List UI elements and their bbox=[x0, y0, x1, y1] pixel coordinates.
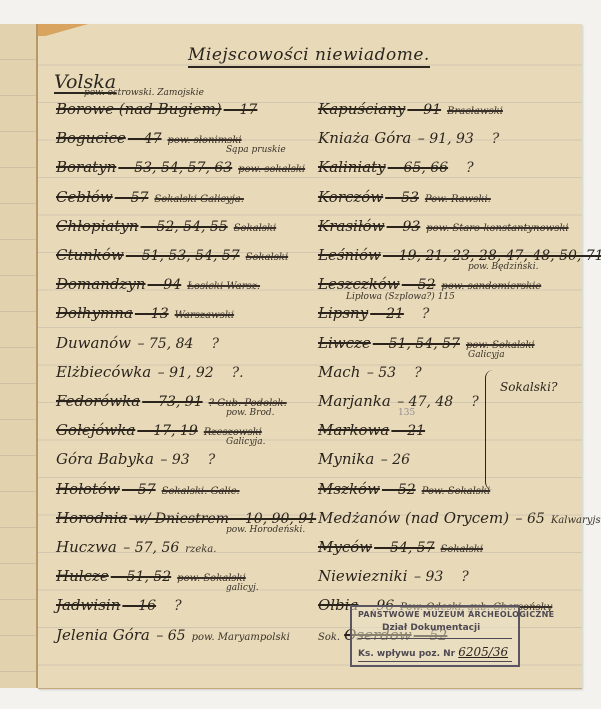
page-references: – 65 bbox=[511, 511, 545, 527]
stamp-institution: PAŃSTWOWE MUZEUM ARCHEOLOGICZNE bbox=[358, 610, 554, 619]
entry-sub-note: Galicyja bbox=[468, 350, 505, 360]
place-name: Góra Babyka bbox=[56, 450, 154, 468]
place-entry: Kaliniaty – 65, 66? bbox=[318, 158, 474, 176]
stamp-accession-number: 6205/36 bbox=[458, 645, 508, 659]
entry-sub-note: pow. Brod. bbox=[226, 408, 275, 418]
place-name: Myców bbox=[318, 538, 372, 556]
place-entry: Mach – 53? bbox=[318, 363, 422, 381]
entry-note: Sokalski bbox=[234, 223, 276, 234]
page-references: – 53 bbox=[385, 190, 419, 206]
place-entry: Elżbiecówka – 91, 92?. bbox=[56, 363, 244, 381]
place-name: Elżbiecówka bbox=[56, 363, 151, 381]
entry-note: pow. Maryampolski bbox=[192, 632, 290, 643]
place-name: Borowe (nad Bugiem) bbox=[56, 100, 222, 118]
page-references: – 57, 56 bbox=[119, 540, 179, 556]
entry-note: ? bbox=[174, 598, 182, 614]
page-references: – 53 bbox=[362, 365, 396, 381]
page-references: – 51, 53, 54, 57 bbox=[126, 248, 240, 264]
entry-note: ?. bbox=[232, 365, 244, 381]
place-name: Mach bbox=[318, 363, 360, 381]
place-entry: Mszków – 52Pow. Sokalski bbox=[318, 480, 490, 498]
place-name: Kapuściany bbox=[318, 100, 405, 118]
place-name: Mszków bbox=[318, 480, 380, 498]
place-name: Boratyn bbox=[56, 158, 116, 176]
place-entry: Mynika – 26 bbox=[318, 450, 410, 468]
place-name: Fedorówka bbox=[56, 392, 140, 410]
page-references: – 52 bbox=[402, 277, 436, 293]
place-name: Niewiezniki bbox=[318, 567, 408, 585]
place-name: Cebłów bbox=[56, 188, 113, 206]
stamp-accession: Ks. wpływu poz. Nr 6205/36 bbox=[358, 645, 508, 659]
page-references: – 52, 54, 55 bbox=[141, 219, 228, 235]
stamp-department: Dział Dokumentacji bbox=[382, 623, 480, 633]
place-entry: Chłopiatyn – 52, 54, 55Sokalski bbox=[56, 217, 276, 235]
entry-note: Sokalski bbox=[441, 544, 483, 555]
place-name: Leśniów bbox=[318, 246, 381, 264]
entry-note: ? bbox=[461, 569, 469, 585]
place-entry: Dołhymna – 13Warszawski bbox=[56, 304, 234, 322]
place-entry: Markowa – 21 bbox=[318, 421, 425, 439]
entry-note: Sokalski bbox=[246, 252, 288, 263]
place-entry: Medżanów (nad Orycem) – 65Kalwaryjsk. bbox=[318, 509, 601, 527]
entry-note: ? bbox=[422, 306, 430, 322]
place-entry: Myców – 54, 57Sokalski bbox=[318, 538, 483, 556]
entry-note: Sokalski. Galic. bbox=[162, 486, 240, 497]
page-references: – 47 bbox=[128, 131, 162, 147]
entry-note: ? bbox=[492, 131, 500, 147]
place-name: Leszczków bbox=[318, 275, 400, 293]
brace-mark bbox=[485, 370, 498, 490]
page-references: – 73, 91 bbox=[142, 394, 202, 410]
entry-note: ? bbox=[466, 160, 474, 176]
place-name: Korczów bbox=[318, 188, 383, 206]
place-name: Liwcze bbox=[318, 334, 371, 352]
place-name: Kniaża Góra bbox=[318, 129, 411, 147]
page-references: – 91 bbox=[407, 102, 441, 118]
entry-sub-note: Sąpa pruskie bbox=[226, 145, 286, 155]
place-entry: Cebłów – 57Sokalski Galicyja. bbox=[56, 188, 244, 206]
page-references: – 47, 48 bbox=[393, 394, 453, 410]
place-name: Jadwisin bbox=[56, 596, 120, 614]
archive-stamp: PAŃSTWOWE MUZEUM ARCHEOLOGICZNE Dział Do… bbox=[350, 605, 520, 667]
place-name: Marjanka bbox=[318, 392, 391, 410]
place-entry: Hulcze – 51, 52pow. Sokalski bbox=[56, 567, 246, 585]
stamp-bottom-rule bbox=[358, 661, 512, 662]
entry-note: Łosicki Warsz. bbox=[187, 281, 260, 292]
entry-note: ? bbox=[471, 394, 479, 410]
entry-sub-note: galicyj. bbox=[226, 583, 259, 593]
page-references: – 57 bbox=[122, 482, 156, 498]
page-references: – 52 bbox=[382, 482, 416, 498]
brace-note: Sokalski? bbox=[500, 380, 557, 394]
page-references: – 93 bbox=[156, 452, 190, 468]
entry-sub-note: pow. Będziński. bbox=[468, 262, 538, 272]
entry-note: Pow. Sokalski bbox=[422, 486, 491, 497]
place-entry: Korczów – 53Pow. Rawski. bbox=[318, 188, 491, 206]
place-name: Bogucice bbox=[56, 129, 126, 147]
place-name: Hulcze bbox=[56, 567, 109, 585]
page-references: – 21 bbox=[370, 306, 404, 322]
place-entry: Krasiłów – 93pow. Staro-konstantynowski bbox=[318, 217, 569, 235]
entry-note: rzeka. bbox=[185, 544, 216, 555]
place-name: Lipsny bbox=[318, 304, 368, 322]
page-references: – 54, 57 bbox=[374, 540, 434, 556]
place-entry: Kapuściany – 91Bracławski bbox=[318, 100, 503, 118]
place-name: Kaliniaty bbox=[318, 158, 386, 176]
place-entry: Leśniów – 19, 21, 23, 28, 47, 48, 50, 71… bbox=[318, 246, 601, 264]
page-references: – 26 bbox=[376, 452, 410, 468]
place-name: Ctunków bbox=[56, 246, 124, 264]
entry-note: Bracławski bbox=[447, 106, 503, 117]
place-name: Medżanów (nad Orycem) bbox=[318, 509, 509, 527]
place-entry: Niewiezniki – 93? bbox=[318, 567, 469, 585]
place-name: Chłopiatyn bbox=[56, 217, 139, 235]
place-entry: Domandzyn – 94Łosicki Warsz. bbox=[56, 275, 260, 293]
place-name: Duwanów bbox=[56, 334, 131, 352]
entry-pre-note: Sok. bbox=[318, 632, 340, 643]
place-name: Horodnia bbox=[56, 509, 127, 527]
page-references: – 57 bbox=[115, 190, 149, 206]
place-entry: Leszczków – 52pow. sandomierskie bbox=[318, 275, 541, 293]
entry-sub-note: pow. Horodeński. bbox=[226, 525, 305, 535]
place-entry: Ctunków – 51, 53, 54, 57Sokalski bbox=[56, 246, 288, 264]
entry-note: Warszawski bbox=[175, 310, 234, 321]
page-title: Miejscowości niewiadome. bbox=[188, 45, 430, 68]
previous-page-edge bbox=[0, 24, 38, 688]
page-references: – 16 bbox=[122, 598, 156, 614]
place-entry: Huczwa – 57, 56rzeka. bbox=[56, 538, 216, 556]
place-name: Hołotów bbox=[56, 480, 120, 498]
place-name: Jelenia Góra bbox=[56, 626, 150, 644]
place-name: Krasiłów bbox=[318, 217, 385, 235]
page-references: – 13 bbox=[135, 306, 169, 322]
place-entry: Borowe (nad Bugiem) – 17 bbox=[56, 100, 257, 118]
entry-note: pow. Staro-konstantynowski bbox=[426, 223, 568, 234]
place-name: Dołhymna bbox=[56, 304, 133, 322]
place-name: Huczwa bbox=[56, 538, 117, 556]
page-references: – 91, 93 bbox=[413, 131, 473, 147]
page-references: – 93 bbox=[387, 219, 421, 235]
entry-above-note: pow. ostrowski. Zamojskie bbox=[84, 88, 204, 98]
entry-sub-note: Galicyja. bbox=[226, 437, 265, 447]
place-entry: Jelenia Góra – 65pow. Maryampolski bbox=[56, 626, 290, 644]
page-references: – 51, 52 bbox=[111, 569, 171, 585]
page-references: – 21 bbox=[391, 423, 425, 439]
entry-note: ? bbox=[211, 336, 219, 352]
place-name: Markowa bbox=[318, 421, 389, 439]
page-references: – 93 bbox=[410, 569, 444, 585]
page-references: – 75, 84 bbox=[133, 336, 193, 352]
entry-note: pow. sandomierskie bbox=[441, 281, 541, 292]
place-entry: Lipsny – 21? bbox=[318, 304, 429, 322]
place-entry: Góra Babyka – 93? bbox=[56, 450, 215, 468]
entry-note: Pow. Rawski. bbox=[425, 194, 491, 205]
page-references: – 94 bbox=[148, 277, 182, 293]
entry-note: pow. sokalski bbox=[238, 164, 305, 175]
page-references: – 65, 66 bbox=[388, 160, 448, 176]
entry-note: Sokalski Galicyja. bbox=[154, 194, 244, 205]
entry-note: ? bbox=[208, 452, 216, 468]
page-references: – 91, 92 bbox=[153, 365, 213, 381]
place-name: Domandzyn bbox=[56, 275, 146, 293]
page-references: – 65 bbox=[152, 628, 186, 644]
stamp-accession-label: Ks. wpływu poz. Nr bbox=[358, 649, 455, 659]
stamp-divider bbox=[358, 638, 512, 639]
place-entry: Jadwisin – 16? bbox=[56, 596, 182, 614]
page-references: – 17 bbox=[224, 102, 258, 118]
entry-note: Kalwaryjsk. bbox=[551, 515, 601, 526]
place-name: Gołejówka bbox=[56, 421, 135, 439]
entry-note: ? bbox=[414, 365, 422, 381]
place-entry: Marjanka – 47, 48? bbox=[318, 392, 479, 410]
page-references: – 53, 54, 57, 63 bbox=[118, 160, 232, 176]
page-references: – 17, 19 bbox=[137, 423, 197, 439]
place-name: Mynika bbox=[318, 450, 374, 468]
place-entry: Bogucice – 47pow. słonimski bbox=[56, 129, 242, 147]
entry-above-note: Lipłowa (Szplowa?) 115 bbox=[346, 292, 455, 302]
place-entry: Kniaża Góra – 91, 93? bbox=[318, 129, 499, 147]
place-entry: Duwanów – 75, 84? bbox=[56, 334, 219, 352]
place-entry: Boratyn – 53, 54, 57, 63pow. sokalski bbox=[56, 158, 305, 176]
page-references: – 51, 54, 57 bbox=[373, 336, 460, 352]
place-entry: Hołotów – 57Sokalski. Galic. bbox=[56, 480, 240, 498]
